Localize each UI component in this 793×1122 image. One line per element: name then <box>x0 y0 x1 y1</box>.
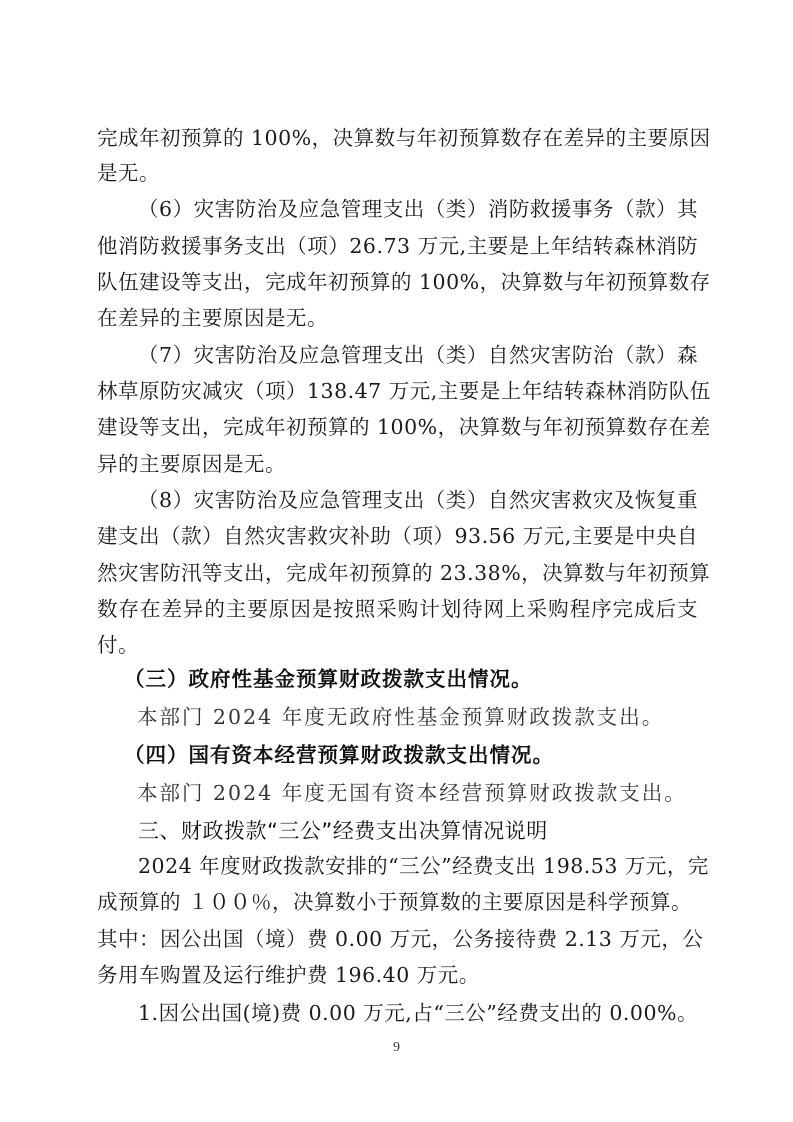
paragraph-line: 其中：因公出国（境）费 0.00 万元，公务接待费 2.13 万元，公 <box>97 926 698 952</box>
paragraph-line: （8）灾害防治及应急管理支出（类）自然灾害救灾及恢复重 <box>138 487 698 513</box>
section-heading-government-fund: （三）政府性基金预算财政拨款支出情况。 <box>124 666 533 692</box>
paragraph-line: 建设等支出，完成年初预算的 100%，决算数与年初预算数存在差 <box>97 414 698 440</box>
paragraph-line: 林草原防灾减灾（项）138.47 万元,主要是上年结转森林消防队伍 <box>97 378 698 404</box>
paragraph-line: 他消防救援事务支出（项）26.73 万元,主要是上年结转森林消防 <box>97 233 698 259</box>
paragraph-line: （7）灾害防治及应急管理支出（类）自然灾害防治（款）森 <box>138 342 698 368</box>
paragraph-line: 异的主要原因是无。 <box>97 451 698 477</box>
paragraph-line: 建支出（款）自然灾害救灾补助（项）93.56 万元,主要是中央自 <box>97 523 698 549</box>
paragraph-line: 数存在差异的主要原因是按照采购计划待网上采购程序完成后支 <box>97 596 698 622</box>
document-page: 完成年初预算的 100%，决算数与年初预算数存在差异的主要原因 是无。 （6）灾… <box>0 0 793 1122</box>
paragraph-line: 完成年初预算的 100%，决算数与年初预算数存在差异的主要原因 <box>97 125 698 151</box>
paragraph-line: 1.因公出国(境)费 0.00 万元,占“三公”经费支出的 0.00%。 <box>138 1000 698 1026</box>
paragraph-line: 付。 <box>97 632 698 658</box>
paragraph-line: 然灾害防汛等支出，完成年初预算的 23.38%，决算数与年初预算 <box>97 560 698 586</box>
page-number: 9 <box>0 1040 793 1056</box>
paragraph-line: 成预算的 １００％，决算数小于预算数的主要原因是科学预算。 <box>97 889 698 915</box>
paragraph-line: 务用车购置及运行维护费 196.40 万元。 <box>97 962 698 988</box>
part-heading-three-public-expenses: 三、财政拨款“三公”经费支出决算情况说明 <box>138 818 548 844</box>
paragraph-line: 是无。 <box>97 160 698 186</box>
section-body-government-fund: 本部门 2024 年度无政府性基金预算财政拨款支出。 <box>137 704 664 730</box>
paragraph-line: （6）灾害防治及应急管理支出（类）消防救援事务（款）其 <box>138 196 698 222</box>
section-body-state-capital: 本部门 2024 年度无国有资本经营预算财政拨款支出。 <box>137 780 687 806</box>
section-heading-state-capital: （四）国有资本经营预算财政拨款支出情况。 <box>124 742 554 768</box>
paragraph-line: 在差异的主要原因是无。 <box>97 305 698 331</box>
paragraph-line: 2024 年度财政拨款安排的“三公”经费支出 198.53 万元，完 <box>138 853 698 879</box>
paragraph-line: 队伍建设等支出，完成年初预算的 100%，决算数与年初预算数存 <box>97 269 698 295</box>
